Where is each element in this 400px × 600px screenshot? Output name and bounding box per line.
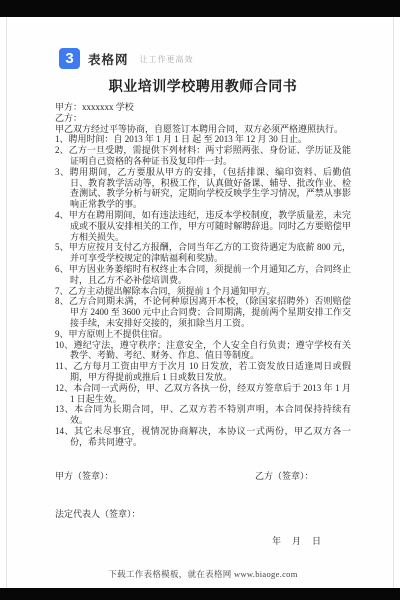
clause-number: 4、 — [55, 210, 69, 220]
parties-block: 甲方：xxxxxxx 学校 乙方： 甲乙双方经过平等协商，自愿签订本聘用合同，双… — [55, 102, 351, 134]
letterbox-top — [0, 0, 400, 17]
biaoge-logo-icon: 3 — [59, 48, 80, 69]
clause-text: 甲方原则上不提供住宿。 — [69, 329, 168, 339]
clause-10: 10、遵纪守法，遵守秩序；注意安全，个人安全自行负责；遵守学校有关教学、考勤、考… — [55, 340, 351, 362]
clause-number: 11、 — [55, 361, 74, 371]
screenshot-root: 3 表格网 让工作更高效 职业培训学校聘用教师合同书 甲方：xxxxxxx 学校… — [0, 0, 400, 600]
clause-number: 7、 — [55, 286, 69, 296]
clause-text: 遵纪守法，遵守秩序；注意安全，个人安全自行负责；遵守学校有关教学、考勤、考纪、财… — [70, 340, 351, 361]
clause-number: 10、 — [55, 340, 74, 350]
intro-text: 甲乙双方经过平等协商，自愿签订本聘用合同，双方必须严格遵照执行。 — [55, 124, 351, 135]
clause-number: 13、 — [55, 404, 74, 414]
clause-text: 乙方一旦受聘，需提供下列材料：两寸彩照两张、身份证、学历证及能证明自己资格的各种… — [69, 145, 351, 166]
clause-number: 9、 — [55, 329, 69, 339]
clause-14: 14、其它未尽事宜，视情况协商解决，本协议一式两份，甲乙双方各一份，希共同遵守。 — [55, 426, 351, 448]
page-title: 职业培训学校聘用教师合同书 — [55, 76, 351, 96]
footer-note: 下载工作表格模板，就在表格网 www.biaoge.com — [55, 568, 351, 580]
party-a-line: 甲方：xxxxxxx 学校 — [55, 102, 351, 113]
clause-text: 乙方每月工资由甲方于次月 10 日发放，若工资发放日适逢周日或假期，甲方得提前或… — [70, 361, 351, 382]
brand-slogan: 让工作更高效 — [140, 54, 194, 65]
brand-header: 3 表格网 让工作更高效 — [59, 47, 351, 70]
clause-number: 14、 — [55, 426, 74, 436]
clause-12: 12、本合同一式两份，甲、乙双方各执一份，经双方签章后于 2013 年 1 月 … — [55, 383, 351, 405]
clause-number: 12、 — [55, 383, 73, 393]
clause-5: 5、甲方应按月支付乙方报酬，合同当年乙方的工资待遇定为底薪 800 元，并可享受… — [55, 242, 351, 264]
signature-party-a: 甲方（签章）： — [55, 471, 255, 482]
clause-text: 甲方应按月支付乙方报酬，合同当年乙方的工资待遇定为底薪 800 元，并可享受学校… — [69, 242, 351, 263]
contract-page: 3 表格网 让工作更高效 职业培训学校聘用教师合同书 甲方：xxxxxxx 学校… — [6, 17, 394, 588]
date-line: 年 月 日 — [55, 536, 351, 547]
clause-6: 6、甲方因业务萎缩时有权终止本合同，须提前一个月通知乙方，合同终止时，且乙方不必… — [55, 264, 351, 286]
clause-text: 甲方因业务萎缩时有权终止本合同，须提前一个月通知乙方，合同终止时，且乙方不必补偿… — [69, 264, 351, 285]
party-b-line: 乙方： — [55, 113, 351, 124]
clause-2: 2、乙方一旦受聘，需提供下列材料：两寸彩照两张、身份证、学历证及能证明自己资格的… — [55, 145, 351, 167]
clause-text: 乙方合同期未满，不论何种原因离开本校，（除国家招聘外）否则赔偿甲方 2400 至… — [69, 296, 351, 328]
clause-text: 聘用时间：自 2013 年 1 月 1 日 起 至 2013 年 12 月 30… — [69, 134, 308, 144]
clause-number: 5、 — [55, 242, 69, 252]
clause-text: 聘用期间，乙方要服从甲方的安排，（包括排课、编印资料、后勤值日、教育教学活动等，… — [70, 167, 351, 209]
clause-7: 7、乙方主动提出解除本合同，须提前 1 个月通知甲方。 — [55, 286, 351, 297]
clause-text: 其它未尽事宜，视情况协商解决，本协议一式两份，甲乙双方各一份，希共同遵守。 — [70, 426, 351, 447]
clause-text: 乙方主动提出解除本合同，须提前 1 个月通知甲方。 — [69, 286, 276, 296]
clause-text: 本合同为长期合同，甲、乙双方若不特别声明，本合同保持持续有效。 — [70, 404, 351, 425]
clause-text: 甲方在聘用期间，如有违法违纪，违反本学校制度，教学质量差，未完成或不服从安排相关… — [69, 210, 351, 242]
signature-legal-rep: 法定代表人（签章）： — [55, 509, 351, 520]
clause-number: 1、 — [55, 134, 69, 144]
clause-13: 13、本合同为长期合同，甲、乙双方若不特别声明，本合同保持持续有效。 — [55, 404, 351, 426]
clause-number: 3、 — [55, 167, 70, 177]
letterbox-bottom — [0, 588, 400, 600]
clause-number: 8、 — [55, 296, 69, 306]
brand-name: 表格网 — [88, 50, 129, 68]
clause-number: 6、 — [55, 264, 69, 274]
clause-1: 1、聘用时间：自 2013 年 1 月 1 日 起 至 2013 年 12 月 … — [55, 134, 351, 145]
signature-row: 甲方（签章）： 乙方（签章）： — [55, 471, 351, 482]
clause-11: 11、乙方每月工资由甲方于次月 10 日发放，若工资发放日适逢周日或假期，甲方得… — [55, 361, 351, 383]
clause-9: 9、甲方原则上不提供住宿。 — [55, 329, 351, 340]
clause-8: 8、乙方合同期未满，不论何种原因离开本校，（除国家招聘外）否则赔偿甲方 2400… — [55, 296, 351, 328]
clauses-list: 1、聘用时间：自 2013 年 1 月 1 日 起 至 2013 年 12 月 … — [55, 134, 351, 447]
clause-number: 2、 — [55, 145, 69, 155]
clause-text: 本合同一式两份，甲、乙双方各执一份，经双方签章后于 2013 年 1 月 1 日… — [70, 383, 351, 404]
signature-party-b: 乙方（签章）： — [255, 471, 314, 482]
clause-4: 4、甲方在聘用期间，如有违法违纪，违反本学校制度，教学质量差，未完成或不服从安排… — [55, 210, 351, 242]
clause-3: 3、聘用期间，乙方要服从甲方的安排，（包括排课、编印资料、后勤值日、教育教学活动… — [55, 167, 351, 210]
